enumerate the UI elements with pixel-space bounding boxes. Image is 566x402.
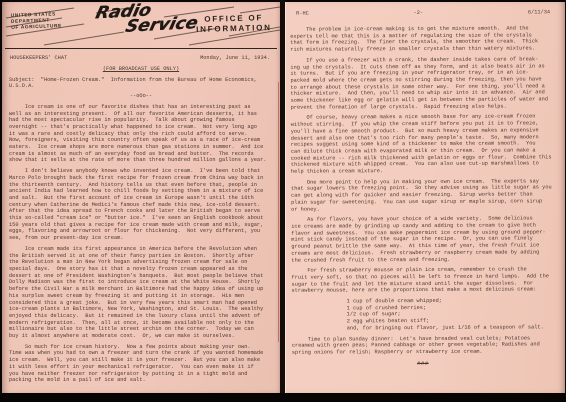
scan-bottom-edge [0, 393, 566, 402]
subject-line: Subject: "Home-Frozen Cream." Informatio… [9, 77, 272, 90]
page-2: R-HC -2- 6/11/34 The problem in ice-crea… [285, 2, 565, 393]
paragraph: For fresh strawberry mousse or plain ice… [291, 267, 553, 295]
section-separator: --oOo-- [2, 93, 280, 100]
page-1: UNITED STATES DEPARTMENT OF AGRICULTURE … [2, 2, 280, 393]
doc-code: R-HC [296, 11, 309, 18]
document-scan: UNITED STATES DEPARTMENT OF AGRICULTURE … [0, 0, 566, 402]
paragraph: Of course, heavy cream makes a nice smoo… [291, 114, 553, 176]
red-edge-mark [278, 82, 279, 342]
paragraph: So much for ice cream history. Now a few… [9, 344, 274, 384]
masthead: UNITED STATES DEPARTMENT OF AGRICULTURE … [4, 5, 278, 47]
paragraph: As for flavors, you have your choice of … [291, 216, 553, 264]
page-2-header: R-HC -2- 6/11/34 [296, 9, 550, 17]
closing-paragraph: Time to plan Sunday dinner: Let's have b… [292, 335, 554, 356]
page-number: -2- [414, 10, 424, 17]
date-code: 6/11/34 [528, 9, 550, 16]
radio-service-logo: Service [124, 16, 199, 35]
page-1-body: Ice cream is one of our favorite dishes … [9, 104, 274, 384]
end-mark: ### [292, 360, 554, 368]
broadcast-notice: (FOR BROADCAST USE ONLY) [2, 66, 280, 72]
document-date: Monday, June 11, 1934. [200, 55, 270, 62]
document-meta: HOUSEKEEPERS' CHAT Monday, June 11, 1934… [10, 55, 270, 62]
paragraph: Ice cream is one of our favorite dishes … [9, 104, 274, 164]
paragraph: I don't believe anybody knows who invent… [9, 168, 274, 242]
paragraph: The problem in ice-cream making is to ge… [290, 25, 552, 53]
masthead-rule [5, 48, 277, 49]
recipe-ingredient-list: 1 cup of double cream whipped; 1 cup of … [347, 297, 554, 332]
office-of-information: OFFICE OF INFORMATION [196, 13, 272, 34]
office-line: INFORMATION [196, 23, 272, 34]
paragraph: One more point to help you in making you… [291, 178, 553, 213]
recipe-line: and, for bringing out flavor, just 1/16 … [347, 324, 554, 332]
paragraph: Ice cream made its first appearance in A… [9, 246, 274, 340]
series-title: HOUSEKEEPERS' CHAT [10, 55, 67, 62]
paragraph: If you use a freezer with a crank, the d… [290, 56, 552, 111]
page-2-body: The problem in ice-cream making is to ge… [290, 25, 554, 368]
agency-name: UNITED STATES DEPARTMENT OF AGRICULTURE [11, 12, 62, 32]
